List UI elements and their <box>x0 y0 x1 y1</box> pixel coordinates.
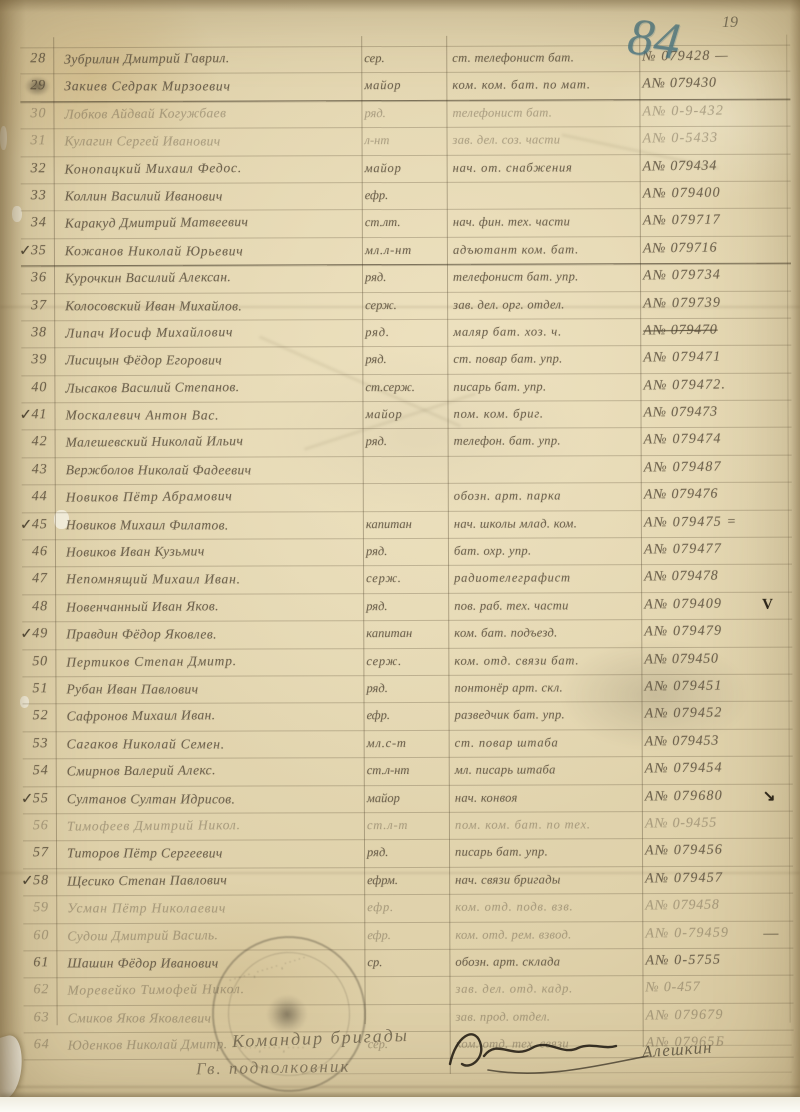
document-number: А№ 079456 <box>645 839 723 866</box>
person-name: Султанов Султан Идрисов. <box>67 787 235 813</box>
rank: ефрм. <box>367 868 453 894</box>
margin-mark: — <box>763 921 793 947</box>
margin-mark: V <box>762 592 792 618</box>
row-number: 54 <box>33 759 59 785</box>
row-number: 32 <box>31 157 57 183</box>
margin-mark <box>763 839 793 865</box>
position: телефонист бат. <box>452 100 552 126</box>
table-row: 60 Судош Дмитрий Василь. ефр. ком. отд. … <box>23 921 793 951</box>
row-number: 39 <box>31 348 57 374</box>
roster-table: 28 Зубрилин Дмитрий Гаврил. сер. ст. тел… <box>0 0 800 1112</box>
table-row: 46 Новиков Иван Кузьмич ряд. бат. охр. у… <box>22 538 792 568</box>
margin-mark <box>763 949 793 975</box>
person-name: Смиков Яков Яковлевич <box>68 1006 212 1032</box>
rank: серж. <box>365 292 451 318</box>
table-row: 54 Смирнов Валерий Алекс. ст.л-нт мл. пи… <box>23 757 793 787</box>
table-row: 59 Усман Пётр Николаевич ефр. ком. отд. … <box>23 894 793 924</box>
person-name: Пертиков Степан Дмитр. <box>66 649 237 676</box>
row-number: 28 <box>30 47 56 73</box>
person-name: Рубан Иван Павлович <box>66 677 198 703</box>
margin-mark <box>761 346 791 372</box>
position: пов. раб. тех. части <box>454 593 569 619</box>
person-name: Юденков Николай Дмитр. <box>68 1032 228 1059</box>
person-name: Лобков Айдвай Когужбаев <box>64 101 226 128</box>
document-number: А№ 079472. <box>643 373 726 400</box>
document-number: А№ 079454 <box>645 757 723 784</box>
table-row: 62 Моревейко Тимофей Никол. зав. дел. от… <box>23 976 793 1006</box>
person-name: Новиков Михаил Филатов. <box>66 513 229 539</box>
row-number: 40 <box>31 376 57 402</box>
document-number: А№ 079739 <box>643 291 721 318</box>
document-number: А№ 0-79459 <box>645 921 729 948</box>
margin-mark <box>762 538 792 564</box>
margin-mark <box>762 647 792 673</box>
row-number: 33 <box>31 184 57 210</box>
row-number: 49 <box>32 622 58 648</box>
document-number: А№ 079434 <box>642 154 717 181</box>
table-row: 32 Конопацкий Михаил Федос. майор нач. о… <box>21 154 791 184</box>
rank: капитан <box>366 511 452 537</box>
margin-mark <box>760 45 790 71</box>
margin-mark <box>762 428 792 454</box>
ink-signature <box>436 1016 656 1086</box>
rank: мл.с-т <box>367 731 453 757</box>
rank: ряд. <box>364 101 450 127</box>
person-name: Коллин Василий Иванович <box>65 184 223 210</box>
position: писарь бат. упр. <box>453 374 546 400</box>
margin-mark <box>761 154 791 180</box>
row-number: 61 <box>33 951 59 977</box>
person-name: Вержболов Николай Фадеевич <box>66 458 252 484</box>
row-number: 30 <box>30 102 56 128</box>
table-row: 53 Сагаков Николай Семен. мл.с-т ст. пов… <box>23 729 793 759</box>
document-number: А№ 079680 <box>645 784 723 811</box>
person-name: Закиев Седрак Мирзоевич <box>64 75 230 101</box>
position: ком. ком. бат. по мат. <box>452 73 591 99</box>
document-number: А№ 0-9-432 <box>642 99 724 126</box>
row-number: 55 <box>33 787 59 813</box>
table-row: 36 Курочкин Василий Алексан. ряд. телефо… <box>21 264 791 294</box>
row-number: 38 <box>31 321 57 347</box>
margin-mark <box>761 236 791 262</box>
person-name: Непомнящий Михаил Иван. <box>66 568 241 594</box>
table-row: 38 Липач Иосиф Михайлович ряд. маляр бат… <box>21 319 791 349</box>
row-number: 60 <box>33 924 59 950</box>
row-number: 58 <box>33 869 59 895</box>
row-number: 47 <box>32 568 58 594</box>
person-name: Зубрилин Дмитрий Гаврил. <box>64 46 230 73</box>
table-row: 48 Новенчанный Иван Яков. ряд. пов. раб.… <box>22 592 792 622</box>
person-name: Смирнов Валерий Алекс. <box>67 758 216 785</box>
row-number: 48 <box>32 595 58 621</box>
document-number: А№ 079478 <box>644 565 719 592</box>
person-name: Каракуд Дмитрий Матвеевич <box>65 210 249 238</box>
rank <box>366 457 452 483</box>
rank: сер. <box>364 46 450 72</box>
table-row: 47 Непомнящий Михаил Иван. серж. радиоте… <box>22 565 792 595</box>
margin-mark <box>760 99 790 125</box>
table-row: 30 Лобков Айдвай Когужбаев ряд. телефони… <box>20 99 790 129</box>
rank: ряд. <box>365 265 451 291</box>
page-number-small: 19 <box>722 14 738 32</box>
document-number: А№ 079476 <box>644 483 719 510</box>
row-number: 41 <box>31 403 57 429</box>
person-name: Липач Иосиф Михайлович <box>65 320 233 347</box>
scanned-page: 28 Зубрилин Дмитрий Гаврил. сер. ст. тел… <box>0 0 800 1112</box>
document-number: А№ 079734 <box>643 264 721 291</box>
margin-mark <box>761 209 791 235</box>
person-name: Тимофеев Дмитрий Никол. <box>67 813 241 841</box>
position: зав. дел. соз. части <box>453 128 561 154</box>
rank: ефр. <box>365 183 451 209</box>
commander-title-line2: Гв. подполковник <box>196 1057 351 1080</box>
document-number: А№ 079400 <box>643 181 721 208</box>
margin-mark <box>762 510 792 536</box>
page-edge-shadow <box>0 0 800 12</box>
margin-mark <box>763 812 793 838</box>
row-number: 57 <box>33 842 59 868</box>
row-number: 29 <box>30 75 56 101</box>
row-number: 56 <box>33 814 59 840</box>
position: ком. бат. подъезд. <box>454 621 557 647</box>
position: телефон. бат. упр. <box>454 429 561 455</box>
position: радиотелеграфист <box>454 566 571 592</box>
document-number: А№ 079457 <box>645 866 723 893</box>
position: разведчик бат. упр. <box>455 703 565 729</box>
page-edge-shadow <box>790 0 800 1112</box>
document-number: А№ 079475 = <box>644 510 738 537</box>
table-row: 56 Тимофеев Дмитрий Никол. ст.л-т пом. к… <box>23 812 793 842</box>
person-name: Лысаков Василий Степанов. <box>65 375 239 403</box>
rank: серж. <box>366 566 452 592</box>
position: маляр бат. хоз. ч. <box>453 319 562 345</box>
person-name: Шашин Фёдор Иванович <box>67 951 218 977</box>
margin-mark <box>762 620 792 646</box>
table-row: ✓ 49 Правдин Фёдор Яковлев. капитан ком.… <box>22 620 792 650</box>
rank: серж. <box>366 648 452 674</box>
position: писарь бат. упр. <box>455 840 548 866</box>
table-row: 37 Колосовский Иван Михайлов. серж. зав.… <box>21 291 791 321</box>
rank: ср. <box>367 950 453 976</box>
rank: ст.лт. <box>365 210 451 236</box>
position: ст. повар штаба <box>455 730 559 756</box>
position: ст. повар бат. упр. <box>453 347 562 373</box>
rank: ефр. <box>367 703 453 729</box>
document-number: А№ 079679 <box>645 1003 723 1030</box>
document-number: № 0-457 <box>645 976 700 1003</box>
table-row: 40 Лысаков Василий Степанов. ст.серж. пи… <box>21 373 791 403</box>
person-name: Новиков Иван Кузьмич <box>66 539 205 566</box>
margin-mark <box>761 127 791 153</box>
rank: майор <box>365 155 451 181</box>
rank <box>366 484 452 510</box>
position: пом. ком. бат. по тех. <box>455 812 591 838</box>
margin-mark <box>763 757 793 783</box>
row-number: 52 <box>33 705 59 731</box>
margin-mark <box>760 72 790 98</box>
table-row: 29 Закиев Седрак Мирзоевич майор ком. ко… <box>20 72 790 102</box>
position: ком. отд. подв. взв. <box>455 895 573 921</box>
document-number: А№ 079451 <box>644 675 722 702</box>
row-number: 53 <box>33 732 59 758</box>
position: нач. фин. тех. части <box>453 210 570 236</box>
rank <box>367 977 453 1003</box>
document-number: А№ 079716 <box>643 236 718 263</box>
row-number: 34 <box>31 212 57 238</box>
table-row: 31 Кулагин Сергей Иванович л-нт зав. дел… <box>21 127 791 157</box>
margin-mark <box>763 702 793 728</box>
margin-mark <box>761 291 791 317</box>
scanner-background-strip <box>0 1097 800 1112</box>
position: бат. охр. упр. <box>454 539 531 565</box>
table-row: 57 Титоров Пётр Сергеевич ряд. писарь ба… <box>23 839 793 869</box>
person-name: Сагаков Николай Семен. <box>67 732 225 758</box>
row-number: 44 <box>32 485 58 511</box>
position: нач. от. снабжения <box>453 155 573 181</box>
table-row: ✓ 35 Кожанов Николай Юрьевич мл.л-нт адъ… <box>21 236 791 266</box>
position: зав. дел. орг. отдел. <box>453 292 565 318</box>
document-number: А№ 079458 <box>645 894 720 921</box>
person-name: Конопацкий Михаил Федос. <box>65 156 243 184</box>
rank: ряд. <box>366 676 452 702</box>
rank: ряд. <box>367 840 453 866</box>
person-name: Кулагин Сергей Иванович <box>65 129 221 155</box>
rank: ефр. <box>367 922 453 948</box>
document-number: А№ 079473 <box>643 401 718 428</box>
margin-mark <box>763 729 793 755</box>
row-number: 36 <box>31 266 57 292</box>
margin-mark <box>761 264 791 290</box>
person-name: Судош Дмитрий Василь. <box>67 923 218 950</box>
rank: ряд. <box>366 594 452 620</box>
rank: ряд. <box>366 539 452 565</box>
rank: мл.л-нт <box>365 238 451 264</box>
row-number: 64 <box>34 1033 60 1059</box>
person-name: Сафронов Михаил Иван. <box>66 704 215 731</box>
document-number: А№ 079452 <box>644 702 722 729</box>
position: нач. конвоя <box>455 785 518 811</box>
row-number: 62 <box>33 978 59 1004</box>
position: ком. отд. рем. взвод. <box>455 922 571 948</box>
margin-mark <box>761 182 791 208</box>
margin-mark <box>761 319 791 345</box>
margin-mark <box>761 401 791 427</box>
document-number: А№ 079471 <box>643 346 721 373</box>
row-number: 51 <box>32 677 58 703</box>
table-row: 52 Сафронов Михаил Иван. ефр. разведчик … <box>23 702 793 732</box>
table-row: 50 Пертиков Степан Дмитр. серж. ком. отд… <box>22 647 792 677</box>
rank: ефр. <box>367 895 453 921</box>
position: зав. дел. отд. кадр. <box>455 977 573 1003</box>
position: нач. школы млад. ком. <box>454 511 577 537</box>
table-row: 39 Лисицын Фёдор Егорович ряд. ст. повар… <box>21 346 791 376</box>
rank: ряд. <box>365 347 451 373</box>
document-number: А№ 079470 <box>643 318 718 345</box>
table-row: ✓ 58 Щесико Степан Павлович ефрм. нач. с… <box>23 866 793 896</box>
rank: ст.л-нт <box>367 758 453 784</box>
position: понтонёр арт. скл. <box>454 675 563 701</box>
page-number-blue-pencil: 84 <box>625 7 684 72</box>
position: обозн. арт. парка <box>454 484 562 510</box>
rank: майор <box>367 785 453 811</box>
margin-mark <box>763 866 793 892</box>
table-row: ✓ 41 Москалевич Антон Вас. майор пом. ко… <box>21 401 791 431</box>
margin-mark <box>762 675 792 701</box>
person-name: Новиков Пётр Абрамович <box>66 484 233 511</box>
document-number: А№ 079450 <box>644 647 719 674</box>
row-number: 31 <box>31 129 57 155</box>
person-name: Кожанов Николай Юрьевич <box>65 239 244 265</box>
row-number: 37 <box>31 294 57 320</box>
page-edge-shadow <box>0 0 26 1112</box>
row-number: 42 <box>32 431 58 457</box>
table-row: ✓ 55 Султанов Султан Идрисов. майор нач.… <box>23 784 793 814</box>
margin-mark <box>762 483 792 509</box>
person-name: Курочкин Василий Алексан. <box>65 265 231 292</box>
row-number: 50 <box>32 650 58 676</box>
document-number: А№ 0-5755 <box>645 948 721 975</box>
rank: ст.л-т <box>367 813 453 839</box>
document-number: А№ 079479 <box>644 620 722 647</box>
position: обозн. арт. склада <box>455 949 560 975</box>
document-number: А№ 079474 <box>643 428 721 455</box>
person-name: Москалевич Антон Вас. <box>65 403 219 429</box>
document-number: А№ 0-9455 <box>645 812 717 839</box>
position: нач. связи бригады <box>455 867 561 893</box>
row-number: 46 <box>32 540 58 566</box>
table-row: 44 Новиков Пётр Абрамович обозн. арт. па… <box>22 483 792 513</box>
table-row: 34 Каракуд Дмитрий Матвеевич ст.лт. нач.… <box>21 209 791 239</box>
table-row: 42 Малешевский Николай Ильич ряд. телефо… <box>22 428 792 458</box>
row-number: 35 <box>31 239 57 265</box>
document-number: А№ 079409 <box>644 592 722 619</box>
position: телефонист бат. упр. <box>453 265 579 291</box>
table-row: 33 Коллин Василий Иванович ефр. А№ 07940… <box>21 182 791 212</box>
table-row: ✓ 45 Новиков Михаил Филатов. капитан нач… <box>22 510 792 540</box>
position: ст. телефонист бат. <box>452 45 574 71</box>
document-number: А№ 079487 <box>644 455 722 482</box>
rank: л-нт <box>365 128 451 154</box>
rank: майор <box>365 402 451 428</box>
row-number: 45 <box>32 513 58 539</box>
row-number: 43 <box>32 458 58 484</box>
rank: ряд. <box>366 429 452 455</box>
position: адъютант ком. бат. <box>453 237 579 263</box>
row-number: 63 <box>34 1006 60 1032</box>
rank: майор <box>364 73 450 99</box>
position: мл. писарь штаба <box>455 758 556 784</box>
document-number: А№ 079430 <box>642 72 717 99</box>
person-name: Малешевский Николай Ильич <box>65 430 243 458</box>
rank: капитан <box>366 621 452 647</box>
margin-mark <box>762 455 792 481</box>
document-number: А№ 079477 <box>644 538 722 565</box>
margin-mark: ↘ <box>763 784 793 810</box>
person-name: Колосовский Иван Михайлов. <box>65 294 242 320</box>
document-number: А№ 0-5433 <box>642 127 718 154</box>
person-name: Титоров Пётр Сергеевич <box>67 842 223 868</box>
position: ком. отд. связи бат. <box>454 648 579 674</box>
person-name: Лисицын Фёдор Егорович <box>65 349 222 375</box>
margin-mark <box>763 894 793 920</box>
roster-rows: 28 Зубрилин Дмитрий Гаврил. сер. ст. тел… <box>20 45 794 1061</box>
table-row: 61 Шашин Фёдор Иванович ср. обозн. арт. … <box>23 949 793 979</box>
person-name: Усман Пётр Николаевич <box>67 896 226 922</box>
margin-mark <box>762 565 792 591</box>
person-name: Новенчанный Иван Яков. <box>66 594 219 621</box>
document-number: А№ 079453 <box>644 729 719 756</box>
table-row: 51 Рубан Иван Павлович ряд. понтонёр арт… <box>22 675 792 705</box>
person-name: Щесико Степан Павлович <box>67 868 227 895</box>
row-number: 59 <box>33 896 59 922</box>
rank: ст.серж. <box>365 375 451 401</box>
margin-mark <box>761 373 791 399</box>
person-name: Правдин Фёдор Яковлев. <box>66 623 217 649</box>
table-row: 43 Вержболов Николай Фадеевич А№ 079487 <box>22 455 792 485</box>
rank: ряд. <box>365 320 451 346</box>
position: пом. ком. бриг. <box>453 402 543 428</box>
document-number: А№ 079717 <box>643 209 721 236</box>
